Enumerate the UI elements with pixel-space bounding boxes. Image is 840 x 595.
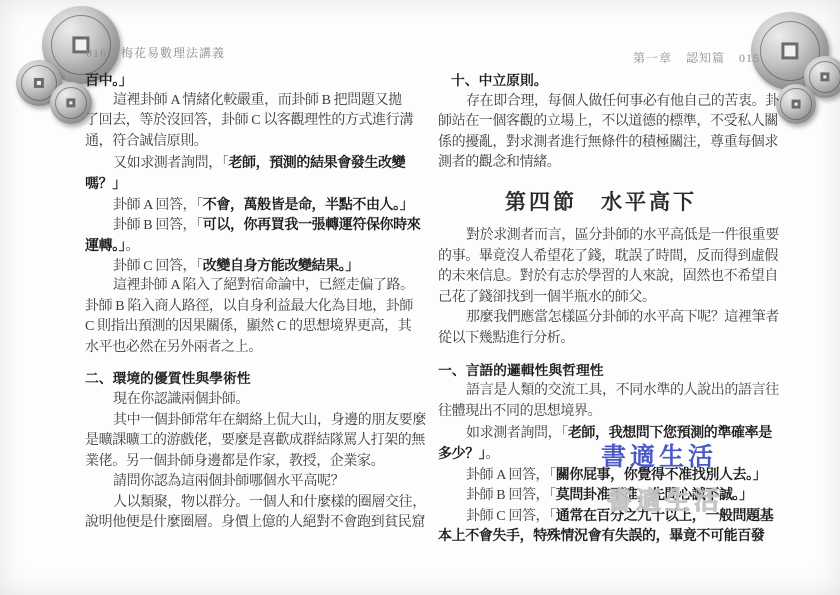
text-line: 水平也必然在另外兩者之上。 xyxy=(85,338,411,359)
text-segment: 的事。畢竟沒人希望花了錢，耽誤了時間，反而得到虛假 xyxy=(438,249,778,264)
text-segment: 請問你認為這兩個卦師哪個水平高呢？ xyxy=(113,474,344,489)
text-line: 從以下幾點進行分析。 xyxy=(438,329,764,350)
text-line: 說明他便是什麼圈層。身價上億的人絕對不會跑到貧民窟 xyxy=(85,513,411,534)
text-line: 百中。」 xyxy=(85,70,411,91)
text-line: 存在即合理，每個人做任何事必有他自己的苦衷。卦 xyxy=(438,92,764,113)
text-line: 又如求測者詢問，「老師，預測的結果會發生改變 xyxy=(85,152,411,173)
text-line: 係的擾亂，對求測者進行無條件的積極關注，尊重每個求 xyxy=(438,133,764,154)
text-line: 的事。畢竟沒人希望花了錢，耽誤了時間，反而得到虛假 xyxy=(438,247,764,268)
text-line: 如求測者詢問，「老師，我想問下您預測的準確率是 xyxy=(438,422,764,443)
text-segment: 百中。」 xyxy=(85,72,132,88)
text-line: 嗎？」 xyxy=(85,173,411,194)
text-line: C 則指出預測的因果關係，顯然 C 的思想境界更高，其 xyxy=(85,317,411,338)
text-segment: 是曠課曠工的游戲佬，要麼是喜歡成群結隊罵人打架的無 xyxy=(85,433,425,448)
left-page-text: 百中。」這裡卦師 A 情緒化較嚴重，而卦師 B 把問題又拋了回去，等於沒回答，卦… xyxy=(85,70,411,534)
page-number: 015 xyxy=(739,51,760,65)
chapter-label: 第一章 xyxy=(633,51,672,65)
text-segment: 水平也必然在另外兩者之上。 xyxy=(85,340,262,355)
text-line: 對於求測者而言，區分卦師的水平高低是一件很重要 xyxy=(438,226,764,247)
text-line: 卦師 B 回答，「可以，你再買我一張轉運符保你時來 xyxy=(85,214,411,235)
text-segment: 卦師 C 回答，「 xyxy=(466,509,556,524)
text-segment: 往體現出不同的思想境界。 xyxy=(438,404,601,419)
text-segment: 這裡卦師 A 情緒化較嚴重，而卦師 B 把問題又拋 xyxy=(113,93,402,108)
text-segment: 又如求測者詢問，「 xyxy=(113,156,228,171)
book-title: 梅花易數理法講義 xyxy=(121,46,225,60)
coin-small-icon xyxy=(776,84,816,124)
text-line: 的未來信息。對於有志於學習的人來說，固然也不希望自 xyxy=(438,267,764,288)
text-segment: 卦師 B 陷入商人路徑，以自身利益最大化為目地，卦師 xyxy=(85,299,413,314)
text-segment: 。 xyxy=(125,239,139,254)
subheading-line: 一、言語的邏輯性與哲理性 xyxy=(438,361,764,382)
text-segment: 存在即合理，每個人做任何事必有他自己的苦衷。卦 xyxy=(466,94,779,109)
text-line: 了回去，等於沒回答，卦師 C 以客觀理性的方式進行溝 xyxy=(85,111,411,132)
text-line: 卦師 B 回答，「莫問卦准不准，先問心誠不誠。」 xyxy=(438,484,764,505)
text-segment: C 則指出預測的因果關係，顯然 C 的思想境界更高，其 xyxy=(85,319,411,334)
text-line: 卦師 C 回答，「通常在百分之九十以上，一般問題基 xyxy=(438,505,764,526)
text-segment: 卦師 B 回答，「 xyxy=(466,488,556,503)
text-line: 多少？」。 xyxy=(438,443,764,464)
text-line: 業佬。另一個卦師身邊都是作家，教授，企業家。 xyxy=(85,452,411,473)
section-label: 認知篇 xyxy=(686,51,725,65)
text-segment: 卦師 A 回答，「 xyxy=(466,468,556,483)
section-title: 第四節 水平高下 xyxy=(438,185,764,219)
text-segment: 關你屁事，你覺得不准找別人去。」 xyxy=(556,466,767,482)
right-page-text: 十、中立原則。存在即合理，每個人做任何事必有他自己的苦衷。卦師站在一個客觀的立場… xyxy=(438,71,764,546)
text-segment: 卦師 B 回答，「 xyxy=(113,218,203,233)
text-segment: 莫問卦准不准，先問心誠不誠。」 xyxy=(556,486,753,502)
text-segment: 通常在百分之九十以上，一般問題基 xyxy=(556,507,774,523)
text-line: 語言是人類的交流工具，不同水準的人說出的語言往 xyxy=(438,381,764,402)
text-line: 卦師 C 回答，「改變自身方能改變結果。」 xyxy=(85,255,411,276)
text-line: 人以類聚，物以群分。一個人和什麼樣的圈層交往， xyxy=(85,493,411,514)
line-spacer xyxy=(438,219,764,226)
text-segment: 二、環境的優質性與學術性 xyxy=(85,371,251,386)
text-segment: 老師，預測的結果會發生改變 xyxy=(228,154,405,170)
text-segment: 通，符合誠信原則。 xyxy=(85,134,207,149)
text-segment: 十、中立原則。 xyxy=(451,73,548,88)
line-spacer xyxy=(438,174,764,185)
text-line: 請問你認為這兩個卦師哪個水平高呢？ xyxy=(85,472,411,493)
text-segment: 那麼我們應當怎樣區分卦師的水平高下呢？這裡筆者 xyxy=(466,310,779,325)
text-segment: 了回去，等於沒回答，卦師 C 以客觀理性的方式進行溝 xyxy=(85,113,413,128)
text-segment: 不會，萬般皆是命，半點不由人。」 xyxy=(203,196,414,212)
text-line: 這裡卦師 A 陷入了絕對宿命論中，已經走偏了路。 xyxy=(85,276,411,297)
text-line: 其中一個卦師常年在網絡上侃大山，身邊的朋友要麼 xyxy=(85,411,411,432)
text-line: 己花了錢卻找到一個半瓶水的師父。 xyxy=(438,288,764,309)
line-spacer xyxy=(85,358,411,369)
running-head-right: 第一章認知篇015 xyxy=(619,49,760,66)
text-segment: 一、言語的邏輯性與哲理性 xyxy=(438,363,604,378)
text-segment: 可以，你再買我一張轉運符保你時來 xyxy=(203,216,421,232)
line-spacer xyxy=(438,350,764,361)
text-segment: 本上不會失手，特殊情況會有失誤的，畢竟不可能百發 xyxy=(438,527,764,543)
text-segment: 對於求測者而言，區分卦師的水平高低是一件很重要 xyxy=(466,228,779,243)
text-segment: 卦師 C 回答，「 xyxy=(113,259,203,274)
text-segment: 如求測者詢問，「 xyxy=(466,426,568,441)
subheading-line: 十、中立原則。 xyxy=(438,71,764,92)
text-segment: 運轉。」 xyxy=(85,237,125,253)
text-line: 這裡卦師 A 情緒化較嚴重，而卦師 B 把問題又拋 xyxy=(85,91,411,112)
text-segment: 師站在一個客觀的立場上，不以道德的標準，不受私人關 xyxy=(438,114,778,129)
text-line: 測者的觀念和情緒。 xyxy=(438,153,764,174)
text-segment: 業佬。另一個卦師身邊都是作家，教授，企業家。 xyxy=(85,454,384,469)
text-line: 卦師 A 回答，「關你屁事，你覺得不准找別人去。」 xyxy=(438,464,764,485)
page-number: 016 xyxy=(86,46,107,60)
text-line: 本上不會失手，特殊情況會有失誤的，畢竟不可能百發 xyxy=(438,525,764,546)
text-segment: 這裡卦師 A 陷入了絕對宿命論中，已經走偏了路。 xyxy=(113,278,414,293)
text-segment: 人以類聚，物以群分。一個人和什麼樣的圈層交往， xyxy=(113,495,426,510)
text-segment: 多少？」 xyxy=(438,445,485,461)
text-segment: 。 xyxy=(485,447,499,462)
text-line: 往體現出不同的思想境界。 xyxy=(438,402,764,423)
text-segment: 測者的觀念和情緒。 xyxy=(438,155,560,170)
text-line: 那麼我們應當怎樣區分卦師的水平高下呢？這裡筆者 xyxy=(438,308,764,329)
text-segment: 係的擾亂，對求測者進行無條件的積極關注，尊重每個求 xyxy=(438,135,778,150)
text-segment: 第四節 水平高下 xyxy=(505,190,697,214)
text-line: 卦師 B 陷入商人路徑，以自身利益最大化為目地，卦師 xyxy=(85,297,411,318)
book-spread: 016梅花易數理法講義 第一章認知篇015 百中。」這裡卦師 A 情緒化較嚴重，… xyxy=(0,0,840,595)
text-line: 現在你認識兩個卦師。 xyxy=(85,390,411,411)
text-line: 運轉。」。 xyxy=(85,235,411,256)
text-segment: 己花了錢卻找到一個半瓶水的師父。 xyxy=(438,290,656,305)
text-segment: 從以下幾點進行分析。 xyxy=(438,331,574,346)
text-segment: 的未來信息。對於有志於學習的人來說，固然也不希望自 xyxy=(438,269,778,284)
running-head-left: 016梅花易數理法講義 xyxy=(86,44,239,61)
text-segment: 語言是人類的交流工具，不同水準的人說出的語言往 xyxy=(466,383,779,398)
text-segment: 說明他便是什麼圈層。身價上億的人絕對不會跑到貧民窟 xyxy=(85,515,425,530)
text-line: 師站在一個客觀的立場上，不以道德的標準，不受私人關 xyxy=(438,112,764,133)
subheading-line: 二、環境的優質性與學術性 xyxy=(85,369,411,390)
text-segment: 改變自身方能改變結果。」 xyxy=(203,257,359,273)
text-segment: 老師，我想問下您預測的準確率是 xyxy=(568,424,772,440)
text-line: 通，符合誠信原則。 xyxy=(85,132,411,153)
text-line: 是曠課曠工的游戲佬，要麼是喜歡成群結隊罵人打架的無 xyxy=(85,431,411,452)
text-segment: 現在你認識兩個卦師。 xyxy=(113,392,249,407)
text-line: 卦師 A 回答，「不會，萬般皆是命，半點不由人。」 xyxy=(85,194,411,215)
text-segment: 嗎？」 xyxy=(85,175,126,191)
text-segment: 其中一個卦師常年在網絡上侃大山，身邊的朋友要麼 xyxy=(113,413,426,428)
text-segment: 卦師 A 回答，「 xyxy=(113,198,203,213)
